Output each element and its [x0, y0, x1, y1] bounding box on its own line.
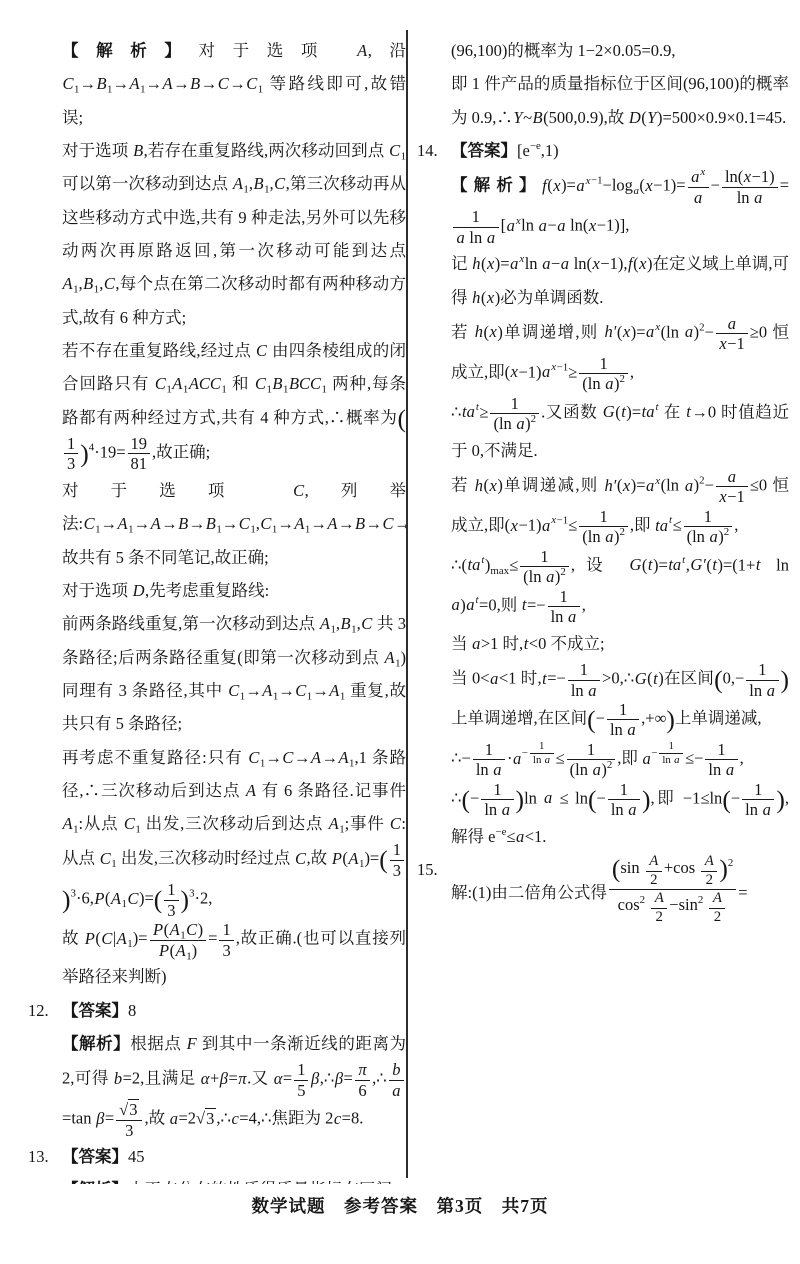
answer-block-12: 12.【答案】8【解析】根据点 F 到其中一条渐近线的距离为 2,可得 b=2,…: [28, 994, 406, 1141]
math-variable: C: [246, 74, 258, 93]
paragraph: 前两条路线重复,第一次移动到达点 A1,B1,C 共 3 条路径;后两条路径重复…: [62, 607, 406, 740]
math-variable: A: [116, 929, 127, 948]
right-column: (96,100)的概率为 1−2×0.05=0.9,即 1 件产品的质量指标位于…: [417, 34, 789, 1184]
paragraph: 对于选项 D,先考虑重复路线:: [62, 574, 406, 607]
math-variable: β: [96, 1109, 105, 1128]
math-variable: a: [560, 254, 569, 273]
math-variable: t: [542, 669, 548, 688]
math-variable: x: [622, 476, 630, 495]
math-variable: C: [186, 920, 198, 939]
math-variable: A: [232, 174, 243, 193]
math-variable: B: [133, 141, 144, 160]
math-variable: x: [510, 362, 518, 381]
math-variable: t: [475, 401, 479, 413]
math-variable: a: [544, 788, 553, 807]
exam-answer-page: 【解析】对于选项 A,沿 C1→B1→A1→A→B→C→C1 等路线即可,故错误…: [0, 0, 800, 1264]
math-variable: a: [456, 228, 465, 247]
page-footer: 数学试题 参考答案 第3页 共7页: [0, 1193, 800, 1218]
math-variable: A: [245, 781, 256, 800]
fraction: P(A1C)P(A1): [150, 920, 207, 960]
math-variable: x: [645, 176, 653, 195]
math-variable: a: [592, 760, 601, 779]
math-variable: C: [293, 481, 305, 500]
math-variable: x: [585, 175, 591, 187]
math-variable: C: [101, 929, 113, 948]
math-variable: b: [113, 1069, 122, 1088]
math-variable: a: [392, 1081, 401, 1100]
math-variable: a: [727, 314, 736, 333]
block-content: 解:(1)由二倍角公式得(sin A2+cos A2)2cos2 A2−sin2…: [451, 853, 789, 926]
section-label: 【解析】: [62, 1180, 128, 1184]
fraction: 13: [219, 920, 233, 960]
math-variable: a: [754, 188, 763, 207]
math-variable: t: [647, 555, 653, 574]
fraction: 1ln a: [530, 740, 554, 767]
math-variable: Y: [513, 108, 523, 127]
radical: √3: [196, 1108, 216, 1128]
item-number: 12.: [28, 994, 62, 1141]
math-variable: t: [475, 594, 479, 606]
fraction: 1(ln a)2: [567, 740, 616, 780]
math-variable: a: [588, 681, 597, 700]
math-variable: β: [219, 1069, 228, 1088]
math-variable: ta: [655, 516, 669, 535]
answer-block-continued: (96,100)的概率为 1−2×0.05=0.9,即 1 件产品的质量指标位于…: [417, 34, 789, 134]
math-variable: x: [639, 254, 647, 273]
math-variable: a: [628, 800, 637, 819]
math-variable: x: [489, 476, 497, 495]
paragraph: 【解析】由正态分布的性质得质量指标在区间: [62, 1173, 406, 1184]
math-variable: A: [357, 41, 368, 60]
math-variable: A: [110, 889, 121, 908]
math-variable: a: [693, 188, 702, 207]
fraction: 1ln a: [742, 780, 774, 820]
paragraph: (96,100)的概率为 1−2×0.05=0.9,: [451, 34, 789, 67]
math-variable: A: [384, 648, 395, 667]
fraction: 1981: [128, 434, 151, 474]
math-variable: A: [649, 853, 659, 869]
math-variable: a: [709, 527, 718, 546]
item-number: 14.: [417, 134, 451, 853]
math-variable: A: [704, 853, 714, 869]
math-variable: A: [162, 74, 173, 93]
answer-block-13: 13.【答案】45【解析】由正态分布的性质得质量指标在区间: [28, 1140, 406, 1184]
math-variable: t: [668, 514, 672, 526]
math-variable: A: [329, 681, 340, 700]
section-label: 【解析】: [62, 41, 198, 60]
math-variable: B: [253, 174, 264, 193]
math-variable: B: [96, 74, 107, 93]
math-variable: A: [262, 681, 273, 700]
math-variable: β: [334, 1069, 343, 1088]
section-label: 【答案】: [62, 1001, 128, 1020]
math-variable: C: [382, 514, 394, 533]
fraction: ax−1: [716, 314, 748, 354]
math-variable: a: [516, 414, 525, 433]
math-variable: ACC: [188, 374, 221, 393]
paragraph: 若 h(x)单调递增,则 h′(x)=ax(ln a)2−ax−1≥0 恒成立,…: [451, 314, 789, 394]
math-variable: a: [725, 760, 734, 779]
math-variable: a: [691, 167, 700, 186]
math-variable: a: [727, 467, 736, 486]
radical: √3: [119, 1099, 139, 1119]
math-variable: β: [310, 1069, 319, 1088]
math-variable: h: [472, 254, 481, 273]
paragraph: 当 a>1 时,t<0 不成立;: [451, 627, 789, 660]
math-variable: A: [129, 74, 140, 93]
math-variable: x: [515, 215, 521, 227]
math-variable: x: [655, 321, 661, 333]
math-variable: a: [684, 476, 693, 495]
fraction: 15: [294, 1060, 308, 1100]
math-variable: a: [605, 374, 614, 393]
math-variable: x: [588, 216, 596, 235]
math-variable: π: [238, 1069, 247, 1088]
math-variable: t: [653, 669, 659, 688]
math-variable: a: [546, 567, 555, 586]
math-variable: b: [392, 1060, 401, 1079]
item-number: [417, 34, 451, 134]
section-label: 【解析】: [451, 176, 542, 195]
math-variable: ta: [668, 555, 682, 574]
fraction: 1ln a: [659, 740, 683, 767]
math-variable: x: [486, 254, 494, 273]
section-label: 【解析】: [62, 1034, 130, 1053]
math-variable: G: [602, 402, 615, 421]
block-content: 【答案】45【解析】由正态分布的性质得质量指标在区间: [62, 1140, 406, 1184]
paragraph: 【答案】45: [62, 1140, 406, 1173]
math-variable: t: [521, 595, 527, 614]
fraction: 13: [164, 880, 178, 920]
math-variable: B: [190, 74, 201, 93]
fraction: √33: [116, 1100, 142, 1140]
math-variable: B: [272, 374, 283, 393]
math-variable: C: [274, 174, 286, 193]
math-variable: a: [557, 216, 566, 235]
paragraph: ∴(−1ln a)ln a ≤ ln(−1ln a),即 −1≤ln(−1ln …: [451, 780, 789, 853]
paragraph: ∴−1ln a·a−1ln a≤1(ln a)2,即 a−1ln a≤−1ln …: [451, 740, 789, 780]
fraction: ax−1: [716, 467, 748, 507]
math-variable: C: [260, 514, 272, 533]
math-variable: B: [178, 514, 189, 533]
math-variable: a: [674, 754, 680, 766]
math-variable: a: [627, 720, 636, 739]
math-variable: C: [238, 514, 250, 533]
math-variable: a: [576, 176, 585, 195]
math-variable: a: [542, 254, 551, 273]
math-variable: C: [99, 849, 111, 868]
paragraph: 若 h(x)单调递减,则 h′(x)=ax(ln a)2−ax−1≤0 恒成立,…: [451, 467, 789, 547]
math-variable: a: [490, 669, 499, 688]
math-variable: t: [481, 554, 485, 566]
math-variable: D: [628, 108, 641, 127]
math-variable: a: [493, 760, 502, 779]
fraction: ln(x−1)ln a: [722, 167, 778, 207]
math-variable: a: [568, 607, 577, 626]
fraction: 1a ln a: [453, 207, 499, 247]
math-variable: C: [389, 814, 401, 833]
math-variable: a: [515, 827, 524, 846]
math-variable: h: [472, 288, 481, 307]
math-variable: a: [642, 749, 651, 768]
math-variable: f: [542, 176, 548, 195]
math-variable: a: [538, 216, 547, 235]
paragraph: 【答案】[e−e,1): [451, 134, 789, 167]
fraction: ba: [389, 1060, 404, 1100]
math-variable: x: [486, 288, 494, 307]
section-label: 【答案】: [62, 1147, 128, 1166]
math-variable: C: [103, 274, 115, 293]
math-variable: C: [248, 748, 260, 767]
math-variable: α: [200, 1069, 210, 1088]
math-variable: A: [150, 514, 161, 533]
math-variable: ta: [462, 402, 476, 421]
math-variable: G′: [690, 555, 707, 574]
answer-block-14: 14.【答案】[e−e,1)【解析】f(x)=ax−1−loga(x−1)=ax…: [417, 134, 789, 853]
fraction: 1ln a: [705, 740, 737, 780]
math-variable: C: [154, 374, 166, 393]
fraction: 13: [64, 434, 78, 474]
math-variable: t: [655, 401, 659, 413]
paragraph: 即 1 件产品的质量指标位于区间(96,100)的概率为 0.9,∴Y~B(50…: [451, 67, 789, 134]
math-variable: h′: [604, 476, 617, 495]
math-variable: B: [83, 274, 94, 293]
math-variable: C: [361, 614, 373, 633]
math-variable: A: [319, 614, 330, 633]
math-variable: x: [510, 516, 518, 535]
math-variable: A: [712, 890, 722, 906]
math-variable: t: [621, 402, 627, 421]
math-variable: A: [327, 514, 338, 533]
math-variable: A: [169, 920, 180, 939]
item-number: [28, 34, 62, 994]
math-variable: a: [542, 362, 551, 381]
math-variable: C: [127, 889, 139, 908]
math-variable: P: [331, 849, 342, 868]
math-variable: a: [466, 595, 475, 614]
fraction: 1(ln a)2: [684, 507, 733, 547]
fraction: 1(ln a)2: [520, 547, 569, 587]
block-content: 【解析】对于选项 A,沿 C1→B1→A1→A→B→C→C1 等路线即可,故错误…: [62, 34, 406, 994]
math-variable: x: [551, 361, 557, 373]
math-variable: a: [544, 754, 550, 766]
fraction: 1ln a: [568, 660, 600, 700]
paragraph: 【解析】对于选项 A,沿 C1→B1→A1→A→B→C→C1 等路线即可,故错误…: [62, 34, 406, 134]
paragraph: ∴tat≥1(ln a)2.又函数 G(t)=tat 在 t→0 时值趋近于 0…: [451, 394, 789, 467]
paragraph: 当 0<a<1 时,t=−1ln a>0,∴G(t)在区间(0,−1ln a)上…: [451, 660, 789, 740]
math-variable: B: [532, 108, 543, 127]
math-variable: B: [340, 614, 351, 633]
math-variable: x: [719, 487, 727, 506]
math-variable: t: [712, 555, 718, 574]
math-variable: G: [629, 555, 642, 574]
math-variable: a: [633, 185, 639, 197]
item-number: 13.: [28, 1140, 62, 1184]
section-label: 【答案】: [451, 141, 517, 160]
paragraph: 【解析】f(x)=ax−1−loga(x−1)=axa−ln(x−1)ln a=…: [451, 167, 789, 247]
math-variable: A: [338, 748, 349, 767]
fraction: A2: [709, 890, 725, 926]
math-variable: A: [310, 748, 321, 767]
math-variable: α: [273, 1069, 283, 1088]
math-variable: a: [472, 634, 481, 653]
math-variable: c: [231, 1109, 239, 1128]
block-content: 【答案】8【解析】根据点 F 到其中一条渐近线的距离为 2,可得 b=2,且满足…: [62, 994, 406, 1141]
math-variable: B: [354, 514, 365, 533]
math-variable: a: [646, 476, 655, 495]
paragraph: 对于选项 C,列举法:C1→A1→A→B→B1→C1,C1→A1→A→B→C→C…: [62, 474, 406, 574]
math-variable: C: [295, 681, 307, 700]
paragraph: 故 P(C|A1)=P(A1C)P(A1)=13,故正确.(也可以直接列举路径来…: [62, 920, 406, 993]
math-variable: D: [132, 581, 145, 600]
math-variable: G: [634, 669, 647, 688]
fraction: (sin A2+cos A2)2cos2 A2−sin2 A2: [609, 853, 736, 926]
fraction: 1ln a: [548, 587, 580, 627]
math-variable: C: [228, 681, 240, 700]
fraction: A2: [701, 853, 717, 889]
math-variable: ta: [641, 402, 655, 421]
math-variable: a: [451, 595, 460, 614]
column-divider: [406, 30, 408, 1178]
fraction: A2: [646, 853, 662, 889]
fraction: 1(ln a)2: [579, 507, 628, 547]
fraction: 13: [390, 840, 404, 880]
fraction: A2: [651, 890, 667, 926]
math-variable: BCC: [288, 374, 321, 393]
math-variable: t: [755, 555, 761, 574]
math-variable: A: [172, 374, 183, 393]
math-variable: x: [700, 166, 706, 178]
math-variable: a: [501, 800, 510, 819]
paragraph: 【答案】8: [62, 994, 406, 1027]
math-variable: x: [553, 176, 561, 195]
math-variable: B: [205, 514, 216, 533]
math-variable: h: [474, 322, 483, 341]
fraction: 1ln a: [608, 780, 640, 820]
math-variable: P: [153, 920, 164, 939]
math-variable: x: [719, 334, 727, 353]
math-variable: π: [358, 1060, 367, 1079]
math-variable: A: [348, 849, 359, 868]
answer-block-15: 15.解:(1)由二倍角公式得(sin A2+cos A2)2cos2 A2−s…: [417, 853, 789, 926]
math-variable: a: [684, 322, 693, 341]
math-variable: a: [646, 322, 655, 341]
math-variable: F: [186, 1034, 197, 1053]
math-variable: C: [389, 141, 401, 160]
math-variable: a: [542, 516, 551, 535]
math-variable: C: [123, 814, 135, 833]
paragraph: 解:(1)由二倍角公式得(sin A2+cos A2)2cos2 A2−sin2…: [451, 853, 789, 926]
math-variable: Y: [647, 108, 657, 127]
math-variable: a: [506, 216, 515, 235]
math-variable: C: [83, 514, 95, 533]
math-variable: t: [686, 402, 692, 421]
math-variable: a: [766, 681, 775, 700]
math-variable: x: [743, 167, 751, 186]
math-variable: c: [333, 1109, 341, 1128]
fraction: 1ln a: [473, 740, 505, 780]
fraction: 1ln a: [746, 660, 778, 700]
math-variable: C: [217, 74, 229, 93]
math-variable: A: [117, 514, 128, 533]
math-variable: A: [294, 514, 305, 533]
math-variable: a: [605, 527, 614, 546]
math-variable: A: [654, 890, 664, 906]
answer-block-continued: 【解析】对于选项 A,沿 C1→B1→A1→A→B→C→C1 等路线即可,故错误…: [28, 34, 406, 994]
math-variable: x: [655, 475, 661, 487]
math-variable: C: [62, 74, 74, 93]
math-variable: A: [328, 814, 339, 833]
item-number: 15.: [417, 853, 451, 926]
math-variable: t: [682, 554, 686, 566]
math-variable: a: [486, 228, 495, 247]
math-variable: a: [513, 749, 522, 768]
math-variable: A: [175, 941, 186, 960]
math-variable: P: [94, 889, 105, 908]
paragraph: 对于选项 B,若存在重复路线,两次移动回到点 C1 可以第一次移动到达点 A1,…: [62, 134, 406, 334]
fraction: axa: [688, 167, 709, 207]
math-variable: A: [62, 274, 73, 293]
math-variable: x: [489, 322, 497, 341]
math-variable: ta: [467, 555, 481, 574]
math-variable: P: [159, 941, 170, 960]
math-variable: C: [254, 374, 266, 393]
math-variable: x: [519, 253, 525, 265]
math-variable: x: [551, 514, 557, 526]
math-variable: C: [282, 748, 294, 767]
paragraph: 再考虑不重复路径:只有 C1→C→A→A1,1 条路径,∴三次移动后到达点 A …: [62, 741, 406, 921]
fraction: 1ln a: [607, 700, 639, 740]
paragraph: ∴(tat)max≤1(ln a)2,设 G(t)=tat,G′(t)=(1+t…: [451, 547, 789, 627]
math-variable: C: [294, 849, 306, 868]
math-variable: x: [622, 322, 630, 341]
paragraph: 若不存在重复路线,经过点 C 由四条棱组成的闭合回路只有 C1A1ACC1 和 …: [62, 334, 406, 474]
math-variable: x: [592, 254, 600, 273]
left-column: 【解析】对于选项 A,沿 C1→B1→A1→A→B→C→C1 等路线即可,故错误…: [28, 34, 406, 1184]
math-variable: a: [510, 254, 519, 273]
math-variable: t: [523, 634, 529, 653]
math-variable: P: [84, 929, 95, 948]
block-content: 【答案】[e−e,1)【解析】f(x)=ax−1−loga(x−1)=axa−l…: [451, 134, 789, 853]
math-variable: A: [62, 814, 73, 833]
math-variable: h: [474, 476, 483, 495]
math-variable: f: [628, 254, 634, 273]
math-variable: a: [169, 1109, 178, 1128]
fraction: π6: [355, 1060, 370, 1100]
math-variable: a: [762, 800, 771, 819]
fraction: 1(ln a)2: [579, 354, 628, 394]
block-content: (96,100)的概率为 1−2×0.05=0.9,即 1 件产品的质量指标位于…: [451, 34, 789, 134]
paragraph: 记 h(x)=axln a−a ln(x−1),f(x)在定义域上单调,可得 h…: [451, 247, 789, 314]
fraction: 1(ln a)2: [490, 394, 539, 434]
paragraph: 【解析】根据点 F 到其中一条渐近线的距离为 2,可得 b=2,且满足 α+β=…: [62, 1027, 406, 1140]
fraction: 1ln a: [481, 780, 513, 820]
math-variable: C: [256, 341, 268, 360]
math-variable: h′: [604, 322, 617, 341]
